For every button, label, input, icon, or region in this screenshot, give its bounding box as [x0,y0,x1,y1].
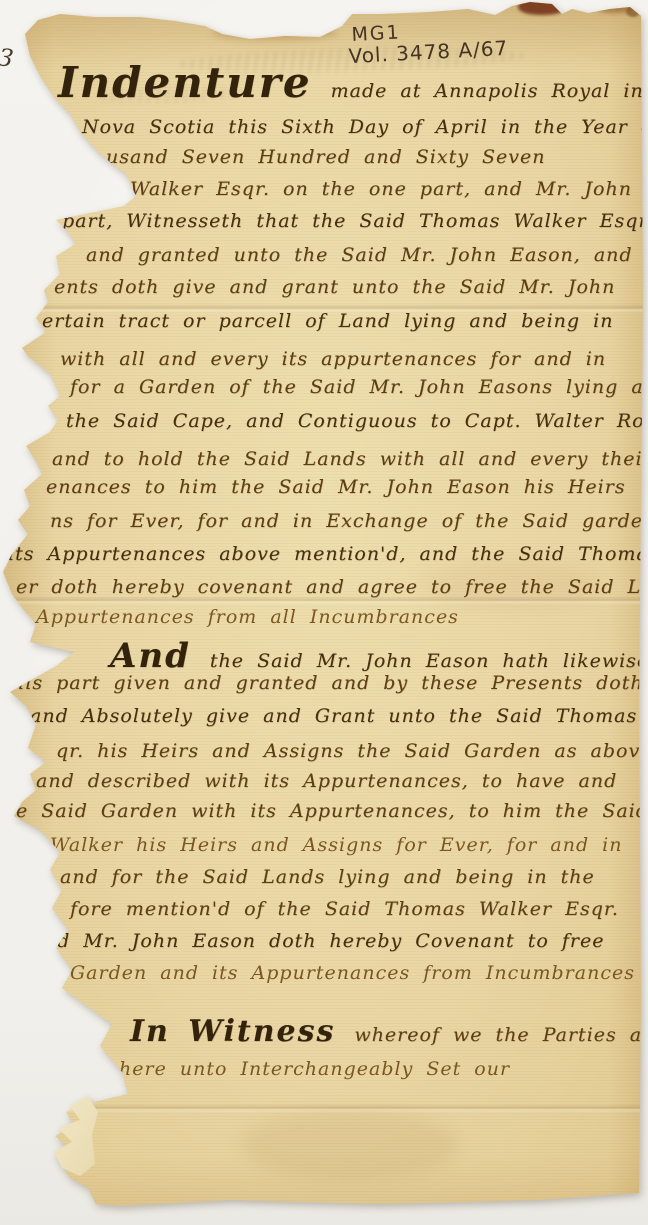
manuscript-line: Walker his Heirs and Assigns for Ever, f… [50,834,622,856]
manuscript-line-text: its Appurtenances above mention'd, and t… [8,543,648,565]
manuscript-line: with all and every its appurtenances for… [60,348,606,370]
manuscript-line: part, Witnesseth that the Said Thomas Wa… [62,210,648,232]
manuscript-line-text: and Absolutely give and Grant unto the S… [30,705,637,727]
manuscript-line-text: ns for Ever, for and in Exchange of the … [50,510,648,532]
manuscript-line-text: the Said Cape, and Contiguous to Capt. W… [66,410,648,432]
manuscript-line: Appurtenances from all Incumbrances [36,606,459,628]
manuscript-line: er doth hereby covenant and agree to fre… [16,576,648,598]
manuscript-line: his part given and granted and by these … [12,672,648,694]
manuscript-line-text: and for the Said Lands lying and being i… [60,866,595,888]
manuscript-line: and described with its Appurtenances, to… [36,770,617,792]
manuscript-line-text: usand Seven Hundred and Sixty Seven [106,146,545,168]
manuscript-line: enances to him the Said Mr. John Eason h… [46,476,626,498]
manuscript-line: id Mr. John Eason doth hereby Covenant t… [50,930,604,952]
manuscript-line: e Said Garden with its Appurtenances, to… [16,800,648,822]
manuscript-line-text: ertain tract or parcell of Land lying an… [42,310,613,332]
manuscript-line-text: Garden and its Appurtenances from Incumb… [70,962,635,984]
manuscript-line: ns for Ever, for and in Exchange of the … [50,510,648,532]
manuscript-line-text: made at Annapolis Royal in the [318,80,648,102]
manuscript-line: usand Seven Hundred and Sixty Seven [106,146,545,168]
manuscript-line-text: ve here unto Interchangeably Set our [82,1058,510,1080]
archive-annotation: MG1 Vol. 3478 A/67 [347,18,509,67]
manuscript-line-text: with all and every its appurtenances for… [60,348,606,370]
manuscript-line-text: Appurtenances from all Incumbrances [36,606,459,628]
manuscript-line: fore mention'd of the Said Thomas Walker… [70,898,619,920]
manuscript-line-text: the Said Mr. John Eason hath likewise [197,650,648,672]
manuscript-line-text: for a Garden of the Said Mr. John Easons… [70,376,648,398]
manuscript-line: qr. his Heirs and Assigns the Said Garde… [56,740,648,762]
manuscript-line: its Appurtenances above mention'd, and t… [8,543,648,565]
manuscript-line-text: whereof we the Parties aforesaid [341,1024,648,1046]
manuscript-line-text: his part given and granted and by these … [12,672,648,694]
manuscript-paper: MG1 Vol. 3478 A/67 Indenture made at Ann… [0,0,648,1225]
manuscript-line: ents doth give and grant unto the Said M… [54,276,615,298]
manuscript-line: ertain tract or parcell of Land lying an… [42,310,613,332]
manuscript-line-lead-word: Indenture [58,58,312,107]
manuscript-line-text: enances to him the Said Mr. John Eason h… [46,476,626,498]
manuscript-text: Indenture made at Annapolis Royal in the… [0,0,648,1225]
manuscript-line-lead-word: And [110,636,191,676]
manuscript-line-text: and granted unto the Said Mr. John Eason… [86,244,648,266]
manuscript-line-text: qr. his Heirs and Assigns the Said Garde… [56,740,648,762]
manuscript-line-text: Walker his Heirs and Assigns for Ever, f… [50,834,622,856]
manuscript-line: the Said Cape, and Contiguous to Capt. W… [66,410,648,432]
manuscript-line: and Absolutely give and Grant unto the S… [30,705,637,727]
manuscript-line: And the Said Mr. John Eason hath likewis… [110,636,648,676]
manuscript-line-text: and to hold the Said Lands with all and … [52,448,648,470]
manuscript-line: Nova Scotia this Sixth Day of April in t… [82,116,648,138]
paper-sheet: MG1 Vol. 3478 A/67 Indenture made at Ann… [0,0,648,1225]
manuscript-line: and to hold the Said Lands with all and … [52,448,648,470]
manuscript-line-text: Nova Scotia this Sixth Day of April in t… [82,116,648,138]
manuscript-line-text: ents doth give and grant unto the Said M… [54,276,615,298]
manuscript-line-text: part, Witnesseth that the Said Thomas Wa… [62,210,648,232]
manuscript-line: In Witness whereof we the Parties afores… [130,1014,648,1049]
manuscript-line-text: Walker Esqr. on the one part, and Mr. Jo… [130,178,648,200]
manuscript-line: and for the Said Lands lying and being i… [60,866,595,888]
manuscript-line: Walker Esqr. on the one part, and Mr. Jo… [130,178,648,200]
manuscript-line: for a Garden of the Said Mr. John Easons… [70,376,648,398]
manuscript-line-text: fore mention'd of the Said Thomas Walker… [70,898,619,920]
manuscript-line: Garden and its Appurtenances from Incumb… [70,962,635,984]
manuscript-line-text: e Said Garden with its Appurtenances, to… [16,800,648,822]
manuscript-line-text: er doth hereby covenant and agree to fre… [16,576,648,598]
manuscript-line-text: id Mr. John Eason doth hereby Covenant t… [50,930,604,952]
manuscript-line-lead-word: In Witness [130,1014,335,1049]
manuscript-line: and granted unto the Said Mr. John Eason… [86,244,648,266]
manuscript-line-text: and described with its Appurtenances, to… [36,770,617,792]
manuscript-line: ve here unto Interchangeably Set our [82,1058,510,1080]
scan-background: 3 MG1 Vol. 3478 A/67 Indenture made at A… [0,0,648,1225]
